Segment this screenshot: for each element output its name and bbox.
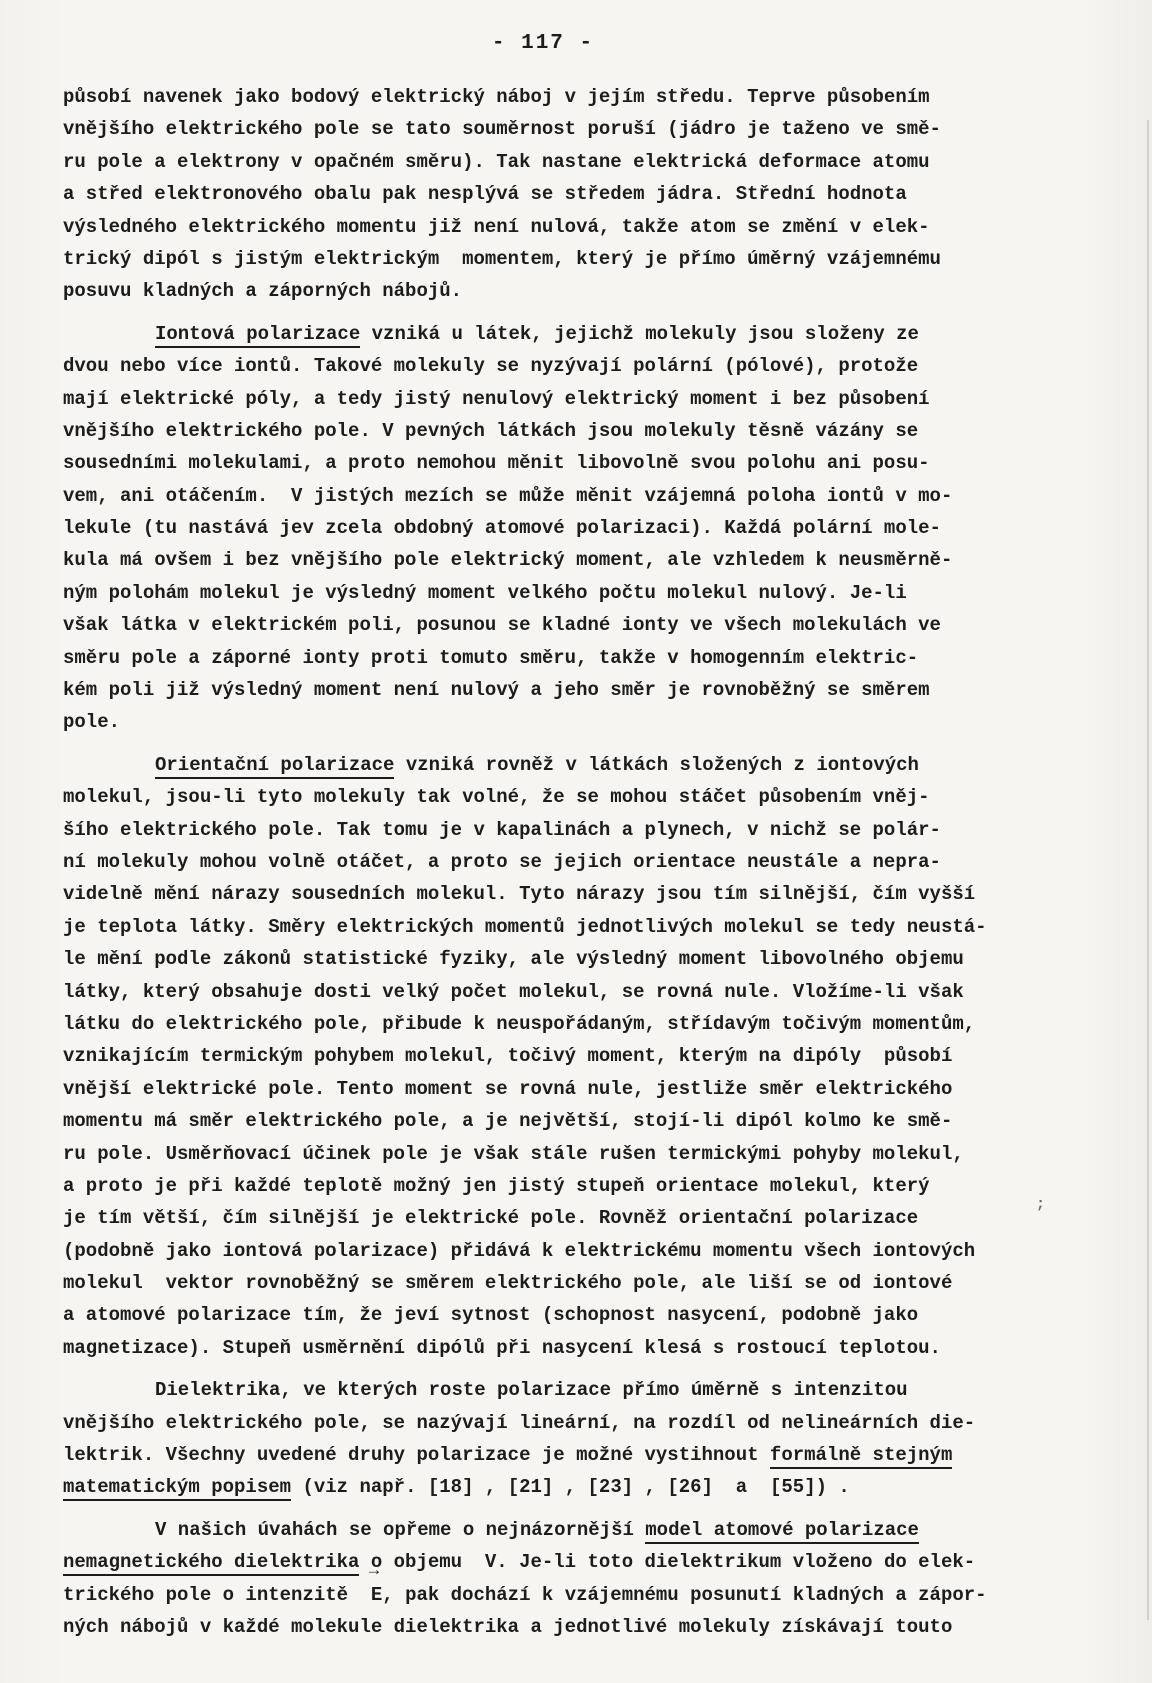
text-segment: (viz např.	[291, 1476, 428, 1498]
text-segment: molekul, jsou-li tyto molekuly tak volné…	[63, 786, 930, 808]
text-segment: ným polohám molekul je výsledný moment v…	[63, 582, 907, 604]
text-line: kém poli již výsledný moment není nulový…	[63, 674, 1023, 706]
text-line: Orientační polarizace vzniká rovněž v lá…	[63, 749, 1023, 781]
text-segment: látku do elektrického pole, přibude k ne…	[63, 1013, 975, 1035]
text-line: lekule (tu nastává jev zcela obdobný ato…	[63, 512, 1023, 544]
text-line: směru pole a záporné ionty proti tomuto …	[63, 642, 1023, 674]
text-segment: (podobně jako iontová polarizace) přidáv…	[63, 1240, 975, 1262]
text-line: ní molekuly mohou volně otáčet, a proto …	[63, 846, 1023, 878]
text-line: magnetizace). Stupeň usměrnění dipólů př…	[63, 1332, 1023, 1364]
text-segment: a	[713, 1476, 770, 1498]
text-segment: ,	[633, 1476, 667, 1498]
text-segment: o objemu V. Je-li toto dielektrikum vlož…	[359, 1551, 975, 1573]
text-segment: vnějšího elektrického pole se tato soumě…	[63, 118, 941, 140]
text-segment: dvou nebo více iontů. Takové molekuly se…	[63, 355, 918, 377]
text-segment: Dielektrika, ve kterých roste polarizace…	[155, 1379, 908, 1401]
underlined-term: matematickým popisem	[63, 1476, 291, 1501]
text-line: a střed elektronového obalu pak nesplývá…	[63, 178, 1023, 210]
text-line: ru pole. Usměrňovací účinek pole je však…	[63, 1138, 1023, 1170]
text-line: pole.	[63, 706, 1023, 738]
text-line: dvou nebo více iontů. Takové molekuly se…	[63, 350, 1023, 382]
text-segment: videlně mění nárazy sousedních molekul. …	[63, 883, 975, 905]
citation-reference: [18]	[428, 1476, 474, 1498]
text-segment: však látka v elektrickém poli, posunou s…	[63, 614, 941, 636]
text-line: látky, který obsahuje dosti velký počet …	[63, 976, 1023, 1008]
underlined-term: model atomové polarizace	[645, 1519, 919, 1544]
text-line: posuvu kladných a záporných nábojů.	[63, 275, 1023, 307]
text-line: však látka v elektrickém poli, posunou s…	[63, 609, 1023, 641]
text-segment: směru pole a záporné ionty proti tomuto …	[63, 647, 918, 669]
citation-reference: [26]	[667, 1476, 713, 1498]
text-segment: ných nábojů v každé molekule dielektrika…	[63, 1616, 952, 1638]
citation-reference: [21]	[508, 1476, 554, 1498]
text-segment: trického pole o intenzitě	[63, 1584, 371, 1606]
text-line: a proto je při každé teplotě možný jen j…	[63, 1170, 1023, 1202]
text-segment: látky, který obsahuje dosti velký počet …	[63, 981, 964, 1003]
text-line: šího elektrického pole. Tak tomu je v ka…	[63, 814, 1023, 846]
text-line: momentu má směr elektrického pole, a je …	[63, 1105, 1023, 1137]
text-line: a atomové polarizace tím, že jeví sytnos…	[63, 1299, 1023, 1331]
text-segment: vznikajícím termickým pohybem molekul, t…	[63, 1045, 952, 1067]
text-column: - 117 - působí navenek jako bodový elekt…	[63, 0, 1023, 1653]
paragraph-model-of-atomic-polarization: V našich úvahách se opřeme o nejnázorněj…	[63, 1514, 1023, 1644]
text-segment: působí navenek jako bodový elektrický ná…	[63, 86, 930, 108]
text-segment: lekule (tu nastává jev zcela obdobný ato…	[63, 517, 941, 539]
text-segment: V našich úvahách se opřeme o nejnázorněj…	[155, 1519, 645, 1541]
text-line: ru pole a elektrony v opačném směru). Ta…	[63, 146, 1023, 178]
text-segment: posuvu kladných a záporných nábojů.	[63, 280, 462, 302]
text-line: látku do elektrického pole, přibude k ne…	[63, 1008, 1023, 1040]
text-line: Iontová polarizace vzniká u látek, jejic…	[63, 318, 1023, 350]
text-segment: kula má ovšem i bez vnějšího pole elektr…	[63, 549, 952, 571]
paragraph-linear-dielectrics: Dielektrika, ve kterých roste polarizace…	[63, 1374, 1023, 1504]
underlined-term: Orientační polarizace	[155, 754, 394, 779]
text-line: působí navenek jako bodový elektrický ná…	[63, 81, 1023, 113]
text-segment: momentu má směr elektrického pole, a je …	[63, 1110, 952, 1132]
text-segment: ní molekuly mohou volně otáčet, a proto …	[63, 851, 941, 873]
text-segment: a střed elektronového obalu pak nesplývá…	[63, 183, 907, 205]
text-segment: lektrik. Všechny uvedené druhy polarizac…	[63, 1444, 770, 1466]
text-segment: vnější elektrické pole. Tento moment se …	[63, 1078, 952, 1100]
scan-edge-artifact	[1147, 120, 1149, 1620]
text-segment: ru pole a elektrony v opačném směru). Ta…	[63, 151, 930, 173]
text-line: nemagnetického dielektrika o objemu V. J…	[63, 1546, 1023, 1578]
text-line: vem, ani otáčením. V jistých mezích se m…	[63, 480, 1023, 512]
text-segment: magnetizace). Stupeň usměrnění dipólů př…	[63, 1337, 941, 1359]
underlined-term: Iontová polarizace	[155, 323, 360, 348]
text-segment: kém poli již výsledný moment není nulový…	[63, 679, 930, 701]
text-segment: sousedními molekulami, a proto nemohou m…	[63, 452, 930, 474]
text-line: matematickým popisem (viz např. [18] , […	[63, 1471, 1023, 1503]
text-segment: , pak dochází k vzájemnému posunutí klad…	[382, 1584, 986, 1606]
paragraph-ionic-polarization: Iontová polarizace vzniká u látek, jejic…	[63, 318, 1023, 739]
citation-reference: [23]	[588, 1476, 634, 1498]
text-segment: výsledného elektrického momentu již není…	[63, 216, 930, 238]
citation-reference: [55]	[770, 1476, 816, 1498]
text-segment: vzniká rovněž v látkách složených z iont…	[394, 754, 919, 776]
text-line: vnějšího elektrického pole. V pevných lá…	[63, 415, 1023, 447]
text-line: je teplota látky. Směry elektrických mom…	[63, 911, 1023, 943]
text-line: V našich úvahách se opřeme o nejnázorněj…	[63, 1514, 1023, 1546]
text-segment: ru pole. Usměrňovací účinek pole je však…	[63, 1143, 964, 1165]
paragraph-orientation-polarization: Orientační polarizace vzniká rovněž v lá…	[63, 749, 1023, 1364]
text-line: vnějšího elektrického pole se tato soumě…	[63, 113, 1023, 145]
text-segment: vnějšího elektrického pole, se nazývají …	[63, 1412, 975, 1434]
text-segment: ) .	[816, 1476, 850, 1498]
document-body: působí navenek jako bodový elektrický ná…	[63, 81, 1023, 1643]
text-segment: le mění podle zákonů statistické fyziky,…	[63, 948, 964, 970]
text-line: ným polohám molekul je výsledný moment v…	[63, 577, 1023, 609]
text-line: ných nábojů v každé molekule dielektrika…	[63, 1611, 1023, 1643]
text-line: výsledného elektrického momentu již není…	[63, 211, 1023, 243]
text-line: molekul, jsou-li tyto molekuly tak volné…	[63, 781, 1023, 813]
text-segment: vzniká u látek, jejichž molekuly jsou sl…	[360, 323, 919, 345]
text-segment: trický dipól s jistým elektrickým moment…	[63, 248, 941, 270]
underlined-term: formálně stejným	[770, 1444, 952, 1469]
text-segment: pole.	[63, 711, 120, 733]
text-segment: a atomové polarizace tím, že jeví sytnos…	[63, 1304, 918, 1326]
underlined-term: nemagnetického dielektrika	[63, 1551, 359, 1576]
text-line: vnějšího elektrického pole, se nazývají …	[63, 1407, 1023, 1439]
text-line: (podobně jako iontová polarizace) přidáv…	[63, 1235, 1023, 1267]
text-segment: ,	[473, 1476, 507, 1498]
text-line: vznikajícím termickým pohybem molekul, t…	[63, 1040, 1023, 1072]
vector-arrow-icon: →	[369, 1563, 379, 1580]
text-segment: mají elektrické póly, a tedy jistý nenul…	[63, 388, 930, 410]
text-line: sousedními molekulami, a proto nemohou m…	[63, 447, 1023, 479]
text-segment: vem, ani otáčením. V jistých mezích se m…	[63, 485, 952, 507]
text-line: videlně mění nárazy sousedních molekul. …	[63, 878, 1023, 910]
text-line: vnější elektrické pole. Tento moment se …	[63, 1073, 1023, 1105]
text-segment: vnějšího elektrického pole. V pevných lá…	[63, 420, 918, 442]
scan-artifact-mark: ;	[1036, 1196, 1045, 1213]
text-line: Dielektrika, ve kterých roste polarizace…	[63, 1374, 1023, 1406]
text-segment: je teplota látky. Směry elektrických mom…	[63, 916, 987, 938]
text-line: mají elektrické póly, a tedy jistý nenul…	[63, 383, 1023, 415]
text-line: le mění podle zákonů statistické fyziky,…	[63, 943, 1023, 975]
text-segment: šího elektrického pole. Tak tomu je v ka…	[63, 819, 941, 841]
text-segment: a proto je při každé teplotě možný jen j…	[63, 1175, 930, 1197]
vector-e-symbol: →E	[371, 1579, 382, 1611]
text-segment: ,	[553, 1476, 587, 1498]
text-segment: molekul vektor rovnoběžný se směrem elek…	[63, 1272, 952, 1294]
text-line: trického pole o intenzitě →E, pak docház…	[63, 1579, 1023, 1611]
scanned-document-page: - 117 - působí navenek jako bodový elekt…	[0, 0, 1152, 1683]
text-line: trický dipól s jistým elektrickým moment…	[63, 243, 1023, 275]
text-line: je tím větší, čím silnější je elektrické…	[63, 1202, 1023, 1234]
paragraph-atomic-polarization-continued: působí navenek jako bodový elektrický ná…	[63, 81, 1023, 308]
text-line: kula má ovšem i bez vnějšího pole elektr…	[63, 544, 1023, 576]
page-number: - 117 -	[63, 32, 1023, 55]
text-line: molekul vektor rovnoběžný se směrem elek…	[63, 1267, 1023, 1299]
text-segment: je tím větší, čím silnější je elektrické…	[63, 1207, 918, 1229]
text-line: lektrik. Všechny uvedené druhy polarizac…	[63, 1439, 1023, 1471]
